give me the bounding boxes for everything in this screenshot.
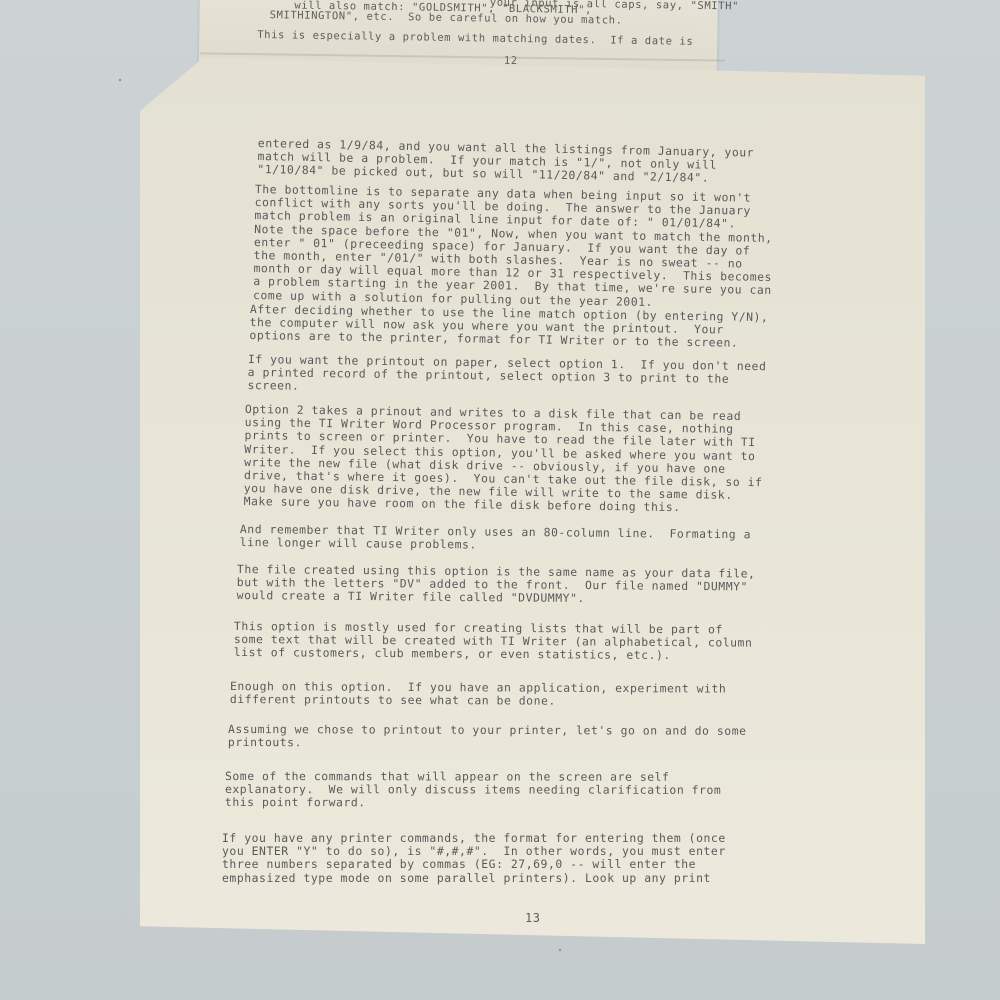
paragraph: After deciding whether to use the line m…: [249, 303, 768, 351]
paragraph: Option 2 takes a prinout and writes to a…: [244, 403, 764, 516]
paragraph: Some of the commands that will appear on…: [225, 770, 721, 810]
page-number-13: 13: [525, 911, 540, 925]
paragraph: Assuming we chose to printout to your pr…: [228, 723, 747, 751]
paragraph: Enough on this option. If you have an ap…: [230, 680, 726, 709]
text-line: three numbers separated by commas (EG: 2…: [222, 858, 726, 871]
paragraph: If you have any printer commands, the fo…: [222, 832, 726, 885]
paragraph: If you want the printout on paper, selec…: [247, 353, 766, 400]
paragraph: The file created using this option is th…: [237, 563, 756, 607]
paragraph: The bottomline is to separate any data w…: [253, 183, 774, 311]
text-line: emphasized type mode on some parallel pr…: [222, 872, 726, 885]
paragraph: This option is mostly used for creating …: [234, 620, 753, 663]
paragraph: And remember that TI Writer only uses an…: [240, 523, 751, 555]
text-line: Assuming we chose to printout to your pr…: [228, 723, 747, 738]
text-line: different printouts to see what can be d…: [230, 693, 726, 709]
text-line: this point forward.: [225, 796, 721, 810]
prev-page-line: This is especially a problem with matchi…: [257, 29, 693, 48]
text-line: printouts.: [228, 736, 747, 751]
